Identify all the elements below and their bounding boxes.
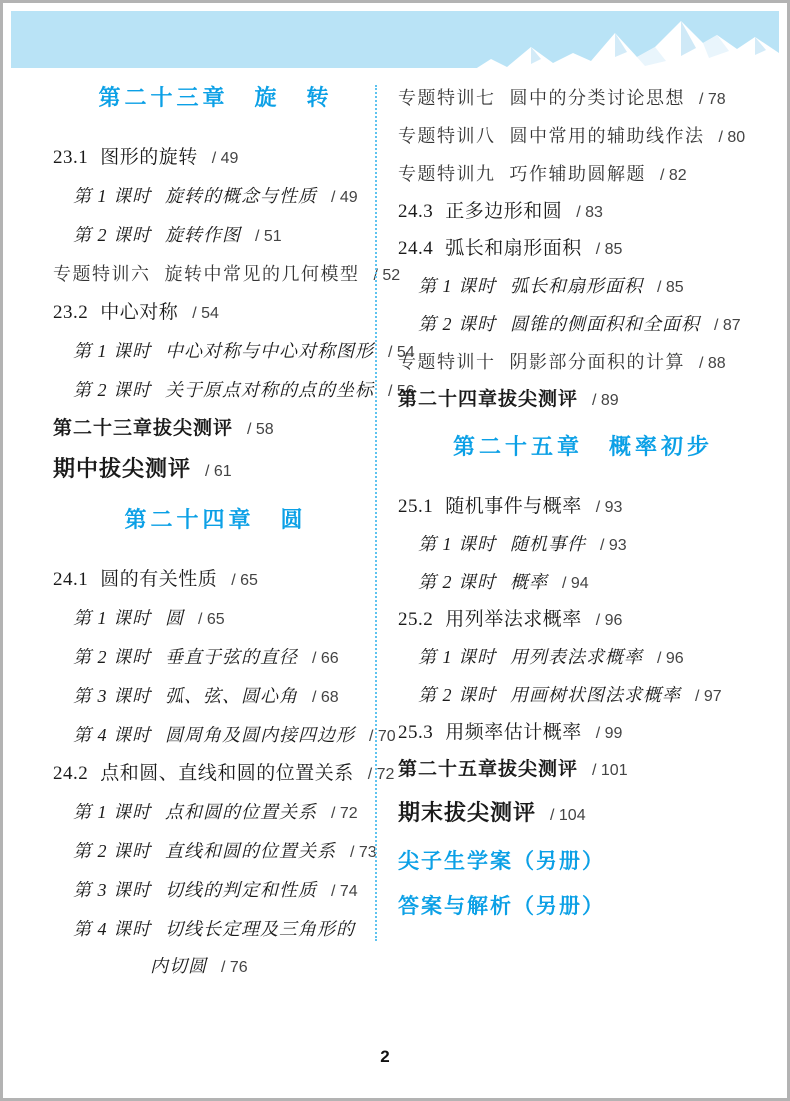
entry-page: / 85 [657,279,684,296]
toc-column-left: 第二十三章 旋 转23.1图形的旋转/ 49第 1 课时旋转的概念与性质/ 49… [53,85,378,994]
toc-entry-lesson: 第 2 课时用画树状图法求概率/ 97 [398,684,768,708]
entry-title: 中心对称与中心对称图形 [165,341,374,361]
booklet-heading: 尖子生学案（另册） [398,850,768,874]
entry-title: 关于原点对称的点的坐标 [165,380,374,400]
page-number: 2 [373,1047,397,1067]
entry-page: / 78 [699,91,726,108]
entry-title: 旋转作图 [165,225,241,245]
toc-entry-section: 24.2点和圆、直线和圆的位置关系/ 72 [53,763,378,786]
entry-page: / 65 [231,572,258,589]
entry-page: / 66 [312,650,339,667]
entry-title: 直线和圆的位置关系 [165,841,336,861]
entry-title: 内切圆 [150,956,207,976]
chapter-heading: 第二十三章 旋 转 [53,85,378,111]
toc-entry-section: 23.1图形的旋转/ 49 [53,147,378,170]
entry-title: 中心对称 [100,302,178,323]
entry-number: 25.2 [398,609,433,630]
toc-entry-lesson: 第 1 课时旋转的概念与性质/ 49 [53,185,378,209]
entry-title: 巧作辅助圆解题 [510,164,647,184]
entry-title: 圆锥的侧面积和全面积 [510,314,700,334]
entry-title: 圆中的分类讨论思想 [510,88,686,108]
booklet-title: 尖子生学案（另册） [398,850,605,873]
entry-page: / 94 [562,575,589,592]
entry-number: 24.1 [53,569,88,590]
entry-page: / 72 [331,805,358,822]
entry-number: 专题特训八 [398,126,496,146]
entry-page: / 70 [369,728,396,745]
entry-number: 第 2 课时 [73,380,151,400]
entry-number: 第 2 课时 [73,225,151,245]
entry-number: 25.3 [398,722,433,743]
toc-entry-lesson: 第 2 课时垂直于弦的直径/ 66 [53,646,378,670]
entry-page: / 65 [198,611,225,628]
entry-number: 第 2 课时 [73,647,151,667]
chapter-heading: 第二十四章 圆 [53,507,378,533]
test-entry: 第二十五章拔尖测评/ 101 [398,759,768,782]
toc-entry-section: 25.1随机事件与概率/ 93 [398,496,768,519]
entry-number: 24.4 [398,238,433,259]
entry-page: / 96 [596,612,623,629]
toc-entry-section: 24.1圆的有关性质/ 65 [53,569,378,592]
toc-entry-lesson: 第 2 课时概率/ 94 [398,571,768,595]
toc-entry-lesson: 第 2 课时旋转作图/ 51 [53,224,378,248]
entry-number: 24.3 [398,201,433,222]
entry-title: 旋转的概念与性质 [165,186,317,206]
entry-page: / 76 [221,959,248,976]
entry-title: 切线的判定和性质 [165,880,317,900]
chapter-title: 第二十四章 圆 [124,507,306,532]
toc-entry-special: 专题特训十阴影部分面积的计算/ 88 [398,351,768,375]
entry-number: 23.1 [53,147,88,168]
toc-entry-section: 25.3用频率估计概率/ 99 [398,722,768,745]
entry-page: / 93 [600,537,627,554]
entry-title: 弧长和扇形面积 [510,276,643,296]
entry-page: / 49 [212,150,239,167]
entry-title: 切线长定理及三角形的 [165,919,355,939]
entry-title: 期末拔尖测评 [398,800,536,825]
entry-number: 23.2 [53,302,88,323]
entry-page: / 93 [596,499,623,516]
entry-number: 第 2 课时 [418,572,496,592]
page-frame: 第二十三章 旋 转23.1图形的旋转/ 49第 1 课时旋转的概念与性质/ 49… [0,0,790,1101]
toc-entry-lesson: 第 1 课时随机事件/ 93 [398,533,768,557]
entry-title: 概率 [510,572,548,592]
entry-page: / 58 [247,421,274,438]
entry-number: 第 2 课时 [73,841,151,861]
toc-entry-lesson: 第 2 课时圆锥的侧面积和全面积/ 87 [398,313,768,337]
entry-title: 点和圆的位置关系 [165,802,317,822]
entry-number: 专题特训九 [398,164,496,184]
entry-title: 第二十三章拔尖测评 [53,418,233,439]
entry-title: 正多边形和圆 [445,201,562,222]
entry-title: 圆 [165,608,184,628]
toc-entry-section: 24.3正多边形和圆/ 83 [398,201,768,224]
test-entry: 第二十三章拔尖测评/ 58 [53,418,378,441]
entry-number: 第 3 课时 [73,686,151,706]
entry-title: 旋转中常见的几何模型 [165,264,360,284]
toc-entry-section: 25.2用列举法求概率/ 96 [398,609,768,632]
toc-entry-special: 专题特训六旋转中常见的几何模型/ 52 [53,263,378,287]
booklet-title: 答案与解析（另册） [398,895,605,918]
entry-title: 用列举法求概率 [445,609,582,630]
entry-page: / 73 [350,844,377,861]
toc-entry-lesson: 第 1 课时圆/ 65 [53,607,378,631]
entry-page: / 83 [576,204,603,221]
entry-page: / 54 [192,305,219,322]
booklet-heading: 答案与解析（另册） [398,895,768,919]
entry-title: 随机事件与概率 [445,496,582,517]
toc-entry-lesson: 第 3 课时弧、弦、圆心角/ 68 [53,685,378,709]
chapter-heading: 第二十五章 概率初步 [398,434,768,460]
entry-title: 弧、弦、圆心角 [165,686,298,706]
entry-title: 阴影部分面积的计算 [510,352,686,372]
entry-page: / 49 [331,189,358,206]
entry-page: / 72 [368,766,395,783]
toc-entry-lesson: 第 2 课时直线和圆的位置关系/ 73 [53,840,378,864]
entry-page: / 88 [699,355,726,372]
exam-entry: 期中拔尖测评/ 61 [53,456,378,485]
entry-number: 专题特训六 [53,264,151,284]
entry-number: 24.2 [53,763,88,784]
exam-entry: 期末拔尖测评/ 104 [398,800,768,829]
entry-number: 第 1 课时 [73,186,151,206]
entry-number: 第 4 课时 [73,725,151,745]
toc-entry-special: 专题特训八圆中常用的辅助线作法/ 80 [398,125,768,149]
entry-title: 随机事件 [510,534,586,554]
entry-page: / 82 [660,167,687,184]
entry-title: 圆的有关性质 [100,569,217,590]
toc-entry-lesson: 第 3 课时切线的判定和性质/ 74 [53,879,378,903]
entry-page: / 96 [657,650,684,667]
column-divider [375,85,377,941]
entry-page: / 51 [255,228,282,245]
entry-title: 用画树状图法求概率 [510,685,681,705]
toc-entry-lesson: 第 4 课时切线长定理及三角形的 [53,918,378,940]
entry-page: / 97 [695,688,722,705]
entry-number: 第 2 课时 [418,314,496,334]
entry-title: 圆周角及圆内接四边形 [165,725,355,745]
entry-title: 圆中常用的辅助线作法 [510,126,705,146]
toc-entry-section: 23.2中心对称/ 54 [53,302,378,325]
entry-page: / 74 [331,883,358,900]
test-entry: 第二十四章拔尖测评/ 89 [398,389,768,412]
entry-title: 图形的旋转 [100,147,198,168]
entry-page: / 68 [312,689,339,706]
entry-title: 期中拔尖测评 [53,456,191,481]
entry-page: / 52 [374,267,401,284]
entry-title: 第二十四章拔尖测评 [398,389,578,410]
entry-number: 专题特训七 [398,88,496,108]
entry-number: 第 1 课时 [418,647,496,667]
toc-entry-special: 专题特训七圆中的分类讨论思想/ 78 [398,87,768,111]
entry-page: / 80 [719,129,746,146]
toc-entry-lesson: 第 4 课时圆周角及圆内接四边形/ 70 [53,724,378,748]
entry-page: / 85 [596,241,623,258]
entry-page: / 61 [205,463,232,480]
entry-number: 专题特训十 [398,352,496,372]
entry-number: 第 1 课时 [418,276,496,296]
chapter-title: 第二十三章 旋 转 [98,85,332,110]
entry-number: 第 1 课时 [73,608,151,628]
toc-entry-lesson: 第 1 课时用列表法求概率/ 96 [398,646,768,670]
toc-entry-lesson: 第 1 课时中心对称与中心对称图形/ 54 [53,340,378,364]
entry-page: / 89 [592,392,619,409]
entry-page: / 99 [596,725,623,742]
entry-title: 用列表法求概率 [510,647,643,667]
toc-entry-lesson-continued: 内切圆/ 76 [53,955,378,979]
entry-number: 第 2 课时 [418,685,496,705]
toc-entry-section: 24.4弧长和扇形面积/ 85 [398,238,768,261]
toc-entry-lesson: 第 1 课时弧长和扇形面积/ 85 [398,275,768,299]
toc-entry-lesson: 第 2 课时关于原点对称的点的坐标/ 56 [53,379,378,403]
entry-page: / 101 [592,762,628,779]
entry-number: 第 1 课时 [418,534,496,554]
entry-number: 第 1 课时 [73,341,151,361]
toc-entry-special: 专题特训九巧作辅助圆解题/ 82 [398,163,768,187]
chapter-title: 第二十五章 概率初步 [453,434,713,459]
toc-column-right: 专题特训七圆中的分类讨论思想/ 78专题特训八圆中常用的辅助线作法/ 80专题特… [398,87,768,933]
entry-number: 25.1 [398,496,433,517]
entry-title: 垂直于弦的直径 [165,647,298,667]
entry-number: 第 3 课时 [73,880,151,900]
mountains-illustration [469,11,779,89]
entry-title: 用频率估计概率 [445,722,582,743]
entry-number: 第 1 课时 [73,802,151,822]
entry-title: 第二十五章拔尖测评 [398,759,578,780]
entry-title: 弧长和扇形面积 [445,238,582,259]
entry-page: / 87 [714,317,741,334]
entry-number: 第 4 课时 [73,919,151,939]
entry-page: / 104 [550,807,586,824]
entry-title: 点和圆、直线和圆的位置关系 [100,763,354,784]
toc-entry-lesson: 第 1 课时点和圆的位置关系/ 72 [53,801,378,825]
